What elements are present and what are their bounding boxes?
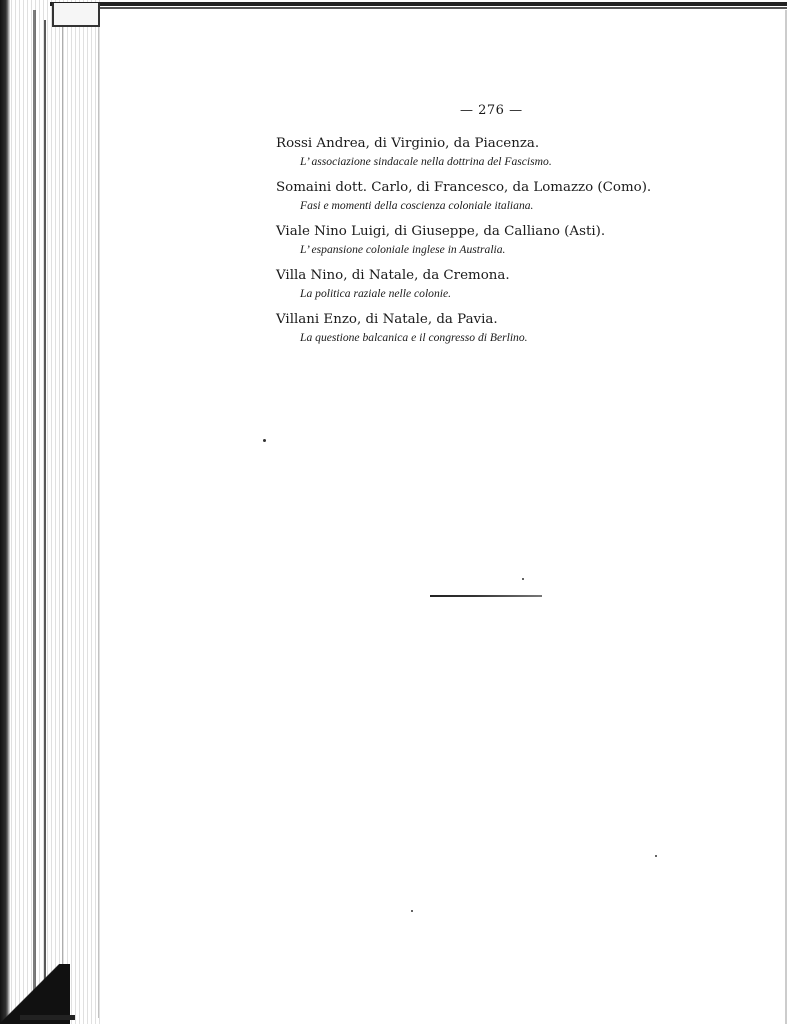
end-divider-rule bbox=[430, 595, 542, 597]
author-line: Rossi Andrea, di Virginio, da Piacenza. bbox=[276, 134, 636, 153]
top-scan-border-inner bbox=[100, 7, 787, 9]
scan-speck bbox=[263, 439, 266, 442]
thesis-title: L’ associazione sindacale nella dottrina… bbox=[276, 153, 636, 170]
scan-speck bbox=[522, 578, 524, 580]
list-item: Villa Nino, di Natale, da Cremona. La po… bbox=[276, 266, 636, 302]
corner-scan-artifact bbox=[52, 3, 100, 27]
author-line: Villa Nino, di Natale, da Cremona. bbox=[276, 266, 636, 285]
thesis-title: La politica raziale nelle colonie. bbox=[276, 285, 636, 302]
page-edge-line bbox=[44, 20, 46, 1015]
author-line: Viale Nino Luigi, di Giuseppe, da Callia… bbox=[276, 222, 636, 241]
list-item: Somaini dott. Carlo, di Francesco, da Lo… bbox=[276, 178, 636, 214]
top-scan-border bbox=[50, 2, 787, 6]
thesis-list: Rossi Andrea, di Virginio, da Piacenza. … bbox=[276, 134, 636, 354]
list-item: Villani Enzo, di Natale, da Pavia. La qu… bbox=[276, 310, 636, 346]
page-edge-line bbox=[62, 25, 63, 1015]
binding-shadow bbox=[0, 0, 10, 1024]
bottom-scan-border bbox=[20, 1015, 75, 1020]
book-binding-edge bbox=[0, 0, 102, 1024]
list-item: Rossi Andrea, di Virginio, da Piacenza. … bbox=[276, 134, 636, 170]
author-line: Villani Enzo, di Natale, da Pavia. bbox=[276, 310, 636, 329]
page-edge-line bbox=[33, 10, 36, 1015]
thesis-title: Fasi e momenti della coscienza coloniale… bbox=[276, 197, 636, 214]
author-line: Somaini dott. Carlo, di Francesco, da Lo… bbox=[276, 178, 636, 197]
thesis-title: La questione balcanica e il congresso di… bbox=[276, 329, 636, 346]
scan-speck bbox=[411, 910, 413, 912]
thesis-title: L’ espansione coloniale inglese in Austr… bbox=[276, 241, 636, 258]
list-item: Viale Nino Luigi, di Giuseppe, da Callia… bbox=[276, 222, 636, 258]
scan-speck bbox=[655, 855, 657, 857]
page-edge-line bbox=[98, 8, 99, 1018]
page-number: — 276 — bbox=[460, 103, 523, 118]
